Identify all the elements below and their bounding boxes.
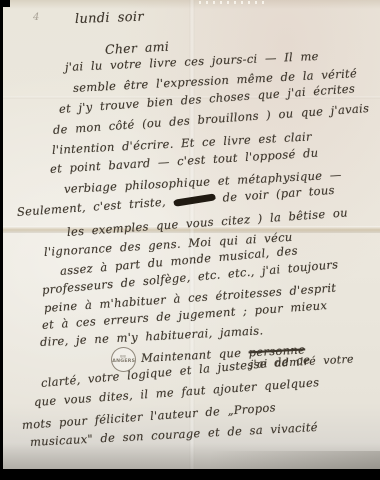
library-stamp: BIB ANGERS (111, 347, 136, 372)
paper-edge-perforation (199, 1, 267, 4)
stamp-name-text: ANGERS (112, 359, 135, 364)
letter-paper: 4 lundi soir Cher ami j'ai lu votre livr… (3, 0, 380, 469)
letter-date-line: lundi soir (75, 10, 144, 27)
scanned-letter-page: 4 lundi soir Cher ami j'ai lu votre livr… (0, 0, 380, 480)
scan-border-left (0, 0, 3, 480)
pencil-foliation-mark: 4 (33, 12, 39, 23)
scan-border-bottom (0, 469, 380, 480)
ink-blot-deletion (173, 193, 216, 206)
corner-shadow (210, 451, 380, 469)
vertical-fold-crease (189, 0, 195, 469)
letter-salutation: Cher ami (105, 39, 170, 57)
